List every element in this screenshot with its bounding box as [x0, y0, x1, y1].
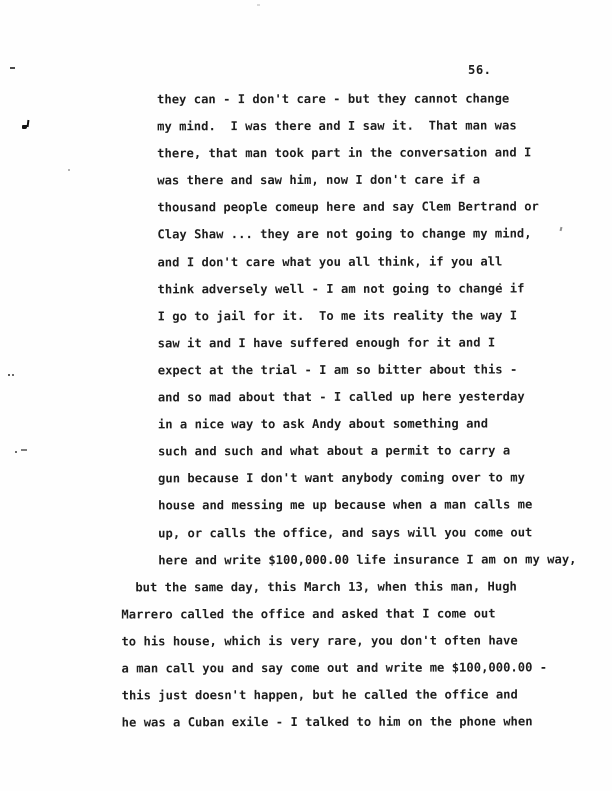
text-line: Marrero called the office and asked that… — [1, 600, 612, 629]
text-line: here and write $100,000.00 life insuranc… — [1, 546, 612, 575]
scan-smudge-dot — [15, 451, 17, 453]
text-line: in a nice way to ask Andy about somethin… — [1, 410, 612, 439]
text-line: a man call you and say come out and writ… — [1, 654, 612, 683]
text-line: there, that man took part in the convers… — [0, 139, 612, 168]
page-number: 56. — [468, 63, 492, 77]
text-line: think adversely well - I am not going to… — [0, 275, 612, 304]
text-line: I go to jail for it. To me its reality t… — [1, 302, 612, 331]
text-line: they can - I don't care - but they canno… — [0, 85, 612, 114]
text-line: was there and saw him, now I don't care … — [0, 166, 612, 195]
scan-speck — [499, 283, 501, 285]
text-line: and so mad about that - I called up here… — [1, 383, 612, 412]
scan-speck — [257, 4, 260, 6]
body-text: they can - I don't care - but they canno… — [0, 85, 612, 737]
text-line: gun because I don't want anybody coming … — [1, 464, 612, 493]
text-line: up, or calls the office, and says will y… — [1, 519, 612, 548]
document-page: 56. they can - I don't care - but they c… — [0, 0, 612, 791]
scan-smudge-mark — [19, 449, 27, 452]
scan-dash-mark — [10, 67, 15, 69]
scan-speck — [68, 169, 70, 171]
text-line: he was a Cuban exile - I talked to him o… — [2, 708, 612, 737]
scan-ink-blob — [22, 120, 30, 130]
text-line: my mind. I was there and I saw it. That … — [0, 112, 612, 141]
text-line: saw it and I have suffered enough for it… — [1, 329, 612, 358]
text-line: to his house, which is very rare, you do… — [1, 627, 612, 656]
scan-ink-blob-drop — [22, 125, 27, 129]
text-line: such and such and what about a permit to… — [1, 437, 612, 466]
text-line: thousand people comeup here and say Clem… — [0, 194, 612, 223]
scan-ink-blob-stem — [27, 120, 30, 127]
text-line: and I don't care what you all think, if … — [0, 248, 612, 277]
text-line: this just doesn't happen, but he called … — [2, 681, 612, 710]
text-line: but the same day, this March 13, when th… — [1, 573, 612, 602]
text-line: expect at the trial - I am so bitter abo… — [1, 356, 612, 385]
text-line: Clay Shaw ... they are not going to chan… — [0, 221, 612, 250]
text-line: house and messing me up because when a m… — [1, 492, 612, 521]
scan-dot-marks — [8, 374, 10, 376]
